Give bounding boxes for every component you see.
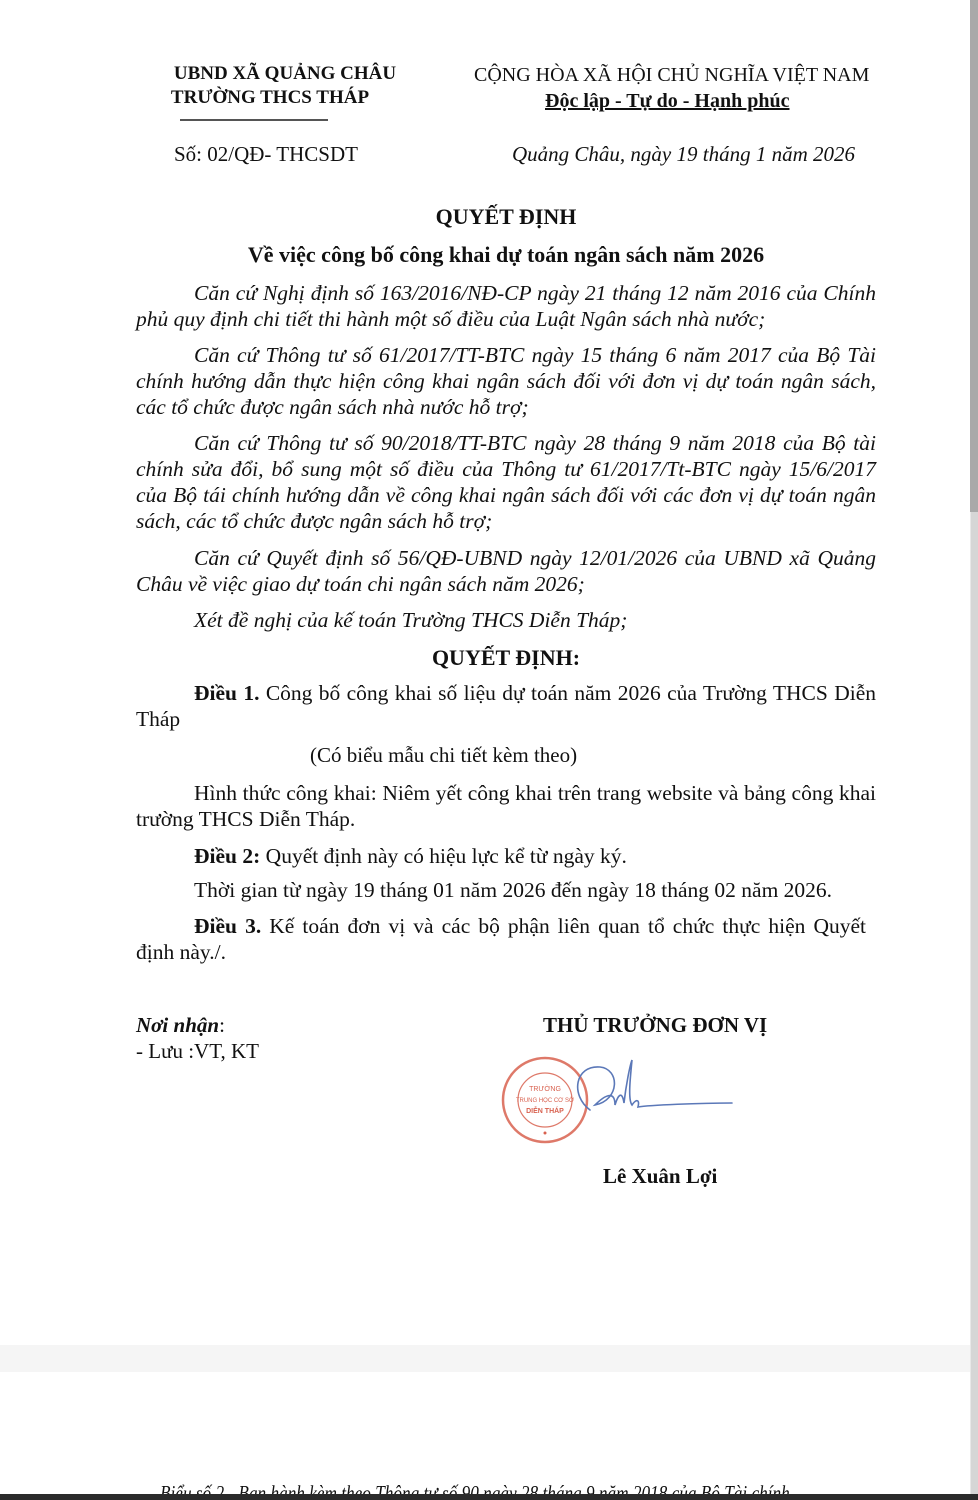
preamble-item: Căn cứ Nghị định số 163/2016/NĐ-CP ngày … xyxy=(136,280,876,332)
document-title: QUYẾT ĐỊNH xyxy=(136,203,876,231)
article-1: Điều 1. Công bố công khai số liệu dự toá… xyxy=(136,680,876,732)
document-page-1: UBND XÃ QUẢNG CHÂU TRƯỜNG THCS THÁP Số: … xyxy=(0,0,970,1345)
decision-heading: QUYẾT ĐỊNH: xyxy=(136,644,876,672)
article-1-note: (Có biểu mẫu chi tiết kèm theo) xyxy=(310,742,577,768)
signer-name: Lê Xuân Lợi xyxy=(603,1163,717,1189)
article-1-form: Hình thức công khai: Niêm yết công khai … xyxy=(136,780,876,832)
document-subject: Về việc công bố công khai dự toán ngân s… xyxy=(136,241,876,269)
article-2-period: Thời gian từ ngày 19 tháng 01 năm 2026 đ… xyxy=(136,877,876,903)
recipients-label: Nơi nhận: xyxy=(136,1012,225,1038)
document-number: Số: 02/QĐ- THCSDT xyxy=(174,141,358,167)
national-motto: Độc lập - Tự do - Hạnh phúc xyxy=(545,88,789,114)
preamble-item: Căn cứ Thông tư số 61/2017/TT-BTC ngày 1… xyxy=(136,342,876,420)
svg-text:DIỄN THÁP: DIỄN THÁP xyxy=(526,1106,564,1115)
issuing-authority: UBND XÃ QUẢNG CHÂU xyxy=(150,62,420,86)
article-2: Điều 2: Quyết định này có hiệu lực kể từ… xyxy=(136,843,876,869)
preamble-item: Căn cứ Thông tư số 90/2018/TT-BTC ngày 2… xyxy=(136,430,876,534)
svg-text:TRƯỜNG: TRƯỜNG xyxy=(529,1084,561,1093)
article-3: Điều 3. Kế toán đơn vị và các bộ phận li… xyxy=(136,913,866,965)
place-date: Quảng Châu, ngày 19 tháng 1 năm 2026 xyxy=(512,141,855,167)
recipients-item: - Lưu :VT, KT xyxy=(136,1038,259,1064)
page-separator xyxy=(0,1345,970,1372)
scrollbar-thumb[interactable] xyxy=(970,0,978,512)
signature-icon xyxy=(560,1055,740,1135)
preamble-item: Căn cứ Quyết định số 56/QĐ-UBND ngày 12/… xyxy=(136,545,876,597)
document-page-2: Biểu số 2 - Ban hành kèm theo Thông tư s… xyxy=(0,1372,970,1494)
viewer-bottom-bar xyxy=(0,1494,978,1500)
nation-name: CỘNG HÒA XÃ HỘI CHỦ NGHĨA VIỆT NAM xyxy=(474,62,869,88)
preamble-item: Xét đề nghị của kế toán Trường THCS Diễn… xyxy=(136,607,876,633)
school-name: TRƯỜNG THCS THÁP xyxy=(150,86,390,110)
signer-title: THỦ TRƯỞNG ĐƠN VỊ xyxy=(543,1012,767,1038)
next-page-caption: Biểu số 2 - Ban hành kèm theo Thông tư s… xyxy=(160,1480,790,1494)
header-divider xyxy=(180,119,328,121)
